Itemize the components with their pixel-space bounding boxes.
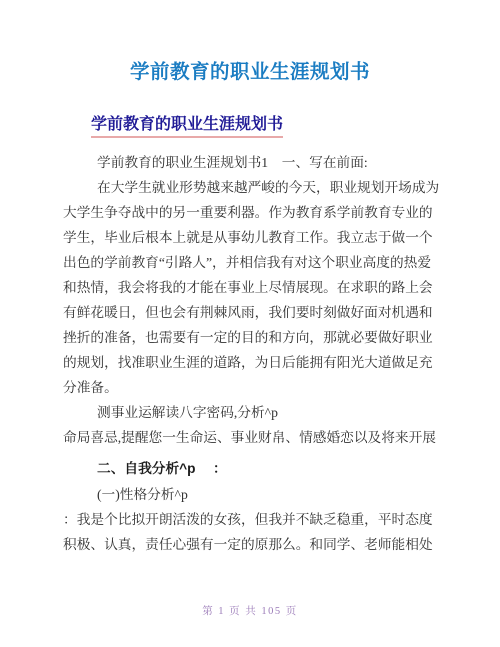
paragraph-foreword: 在大学生就业形势越来越严峻的今天，职业规划开场成为大学生争夺战中的另一重要利器。… (63, 175, 442, 400)
document-body: 学前教育的职业生涯规划书1 一、写在前面: 在大学生就业形势越来越严峻的今天，职… (63, 150, 442, 557)
document-page: 学前教育的职业生涯规划书 学前教育的职业生涯规划书 学前教育的职业生涯规划书1 … (0, 0, 500, 647)
subtitle-row: 学前教育的职业生涯规划书 (91, 115, 500, 138)
paragraph-personality: ：我是个比拟开朗活泼的女孩，但我并不缺乏稳重，平时态度积极、认真，责任心强有一定… (63, 507, 442, 557)
paragraph-intro-line: 学前教育的职业生涯规划书1 一、写在前面: (63, 150, 442, 175)
page-number: 第 1 页 共 105 页 (202, 606, 298, 617)
document-title: 学前教育的职业生涯规划书 (0, 0, 500, 86)
paragraph-fortune-line: 测事业运解读八字密码,分析^p (63, 400, 442, 425)
paragraph-fortune-continued: 命局喜忌,提醒您一生命运、事业财帛、情感婚恋以及将来开展 (63, 425, 436, 450)
document-subtitle: 学前教育的职业生涯规划书 (91, 115, 283, 138)
page-footer: 第 1 页 共 105 页 (0, 601, 500, 619)
section-heading-self-analysis: 二、自我分析^p ： (63, 456, 442, 481)
subsection-heading-personality: (一)性格分析^p (63, 482, 442, 507)
